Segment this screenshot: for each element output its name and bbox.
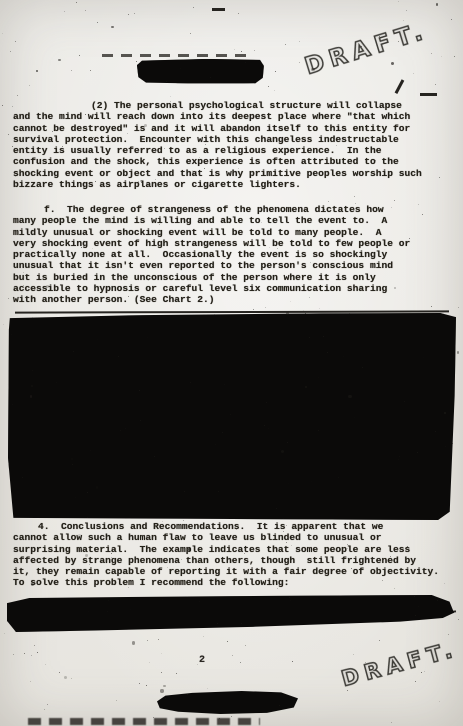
stray-mark <box>420 93 437 96</box>
redaction-bar-wide <box>7 595 454 632</box>
bottom-edge-text-fragment <box>28 718 260 725</box>
scanned-document-page: DRAFT. DRAFT. (2) The personal psycholog… <box>0 0 463 726</box>
paragraph-conclusions-recommendations: 4. Conclusions and Recommendations. It i… <box>13 521 455 589</box>
draft-stamp-bottom: DRAFT. <box>339 637 460 691</box>
redaction-bar-top <box>137 58 264 84</box>
stray-mark <box>212 8 225 11</box>
faint-dashed-line <box>102 54 254 57</box>
page-number: 2 <box>199 655 205 666</box>
redaction-scribble <box>157 691 298 714</box>
redaction-block-large <box>8 313 456 520</box>
paragraph-degree-of-strangeness: f. The degree of strangeness of the phen… <box>13 204 455 306</box>
draft-stamp-top: DRAFT. <box>302 18 431 80</box>
stray-slash-mark <box>395 79 404 93</box>
paragraph-psychological-structure: (2) The personal psychological structure… <box>13 100 455 190</box>
horizontal-rule <box>15 310 449 313</box>
